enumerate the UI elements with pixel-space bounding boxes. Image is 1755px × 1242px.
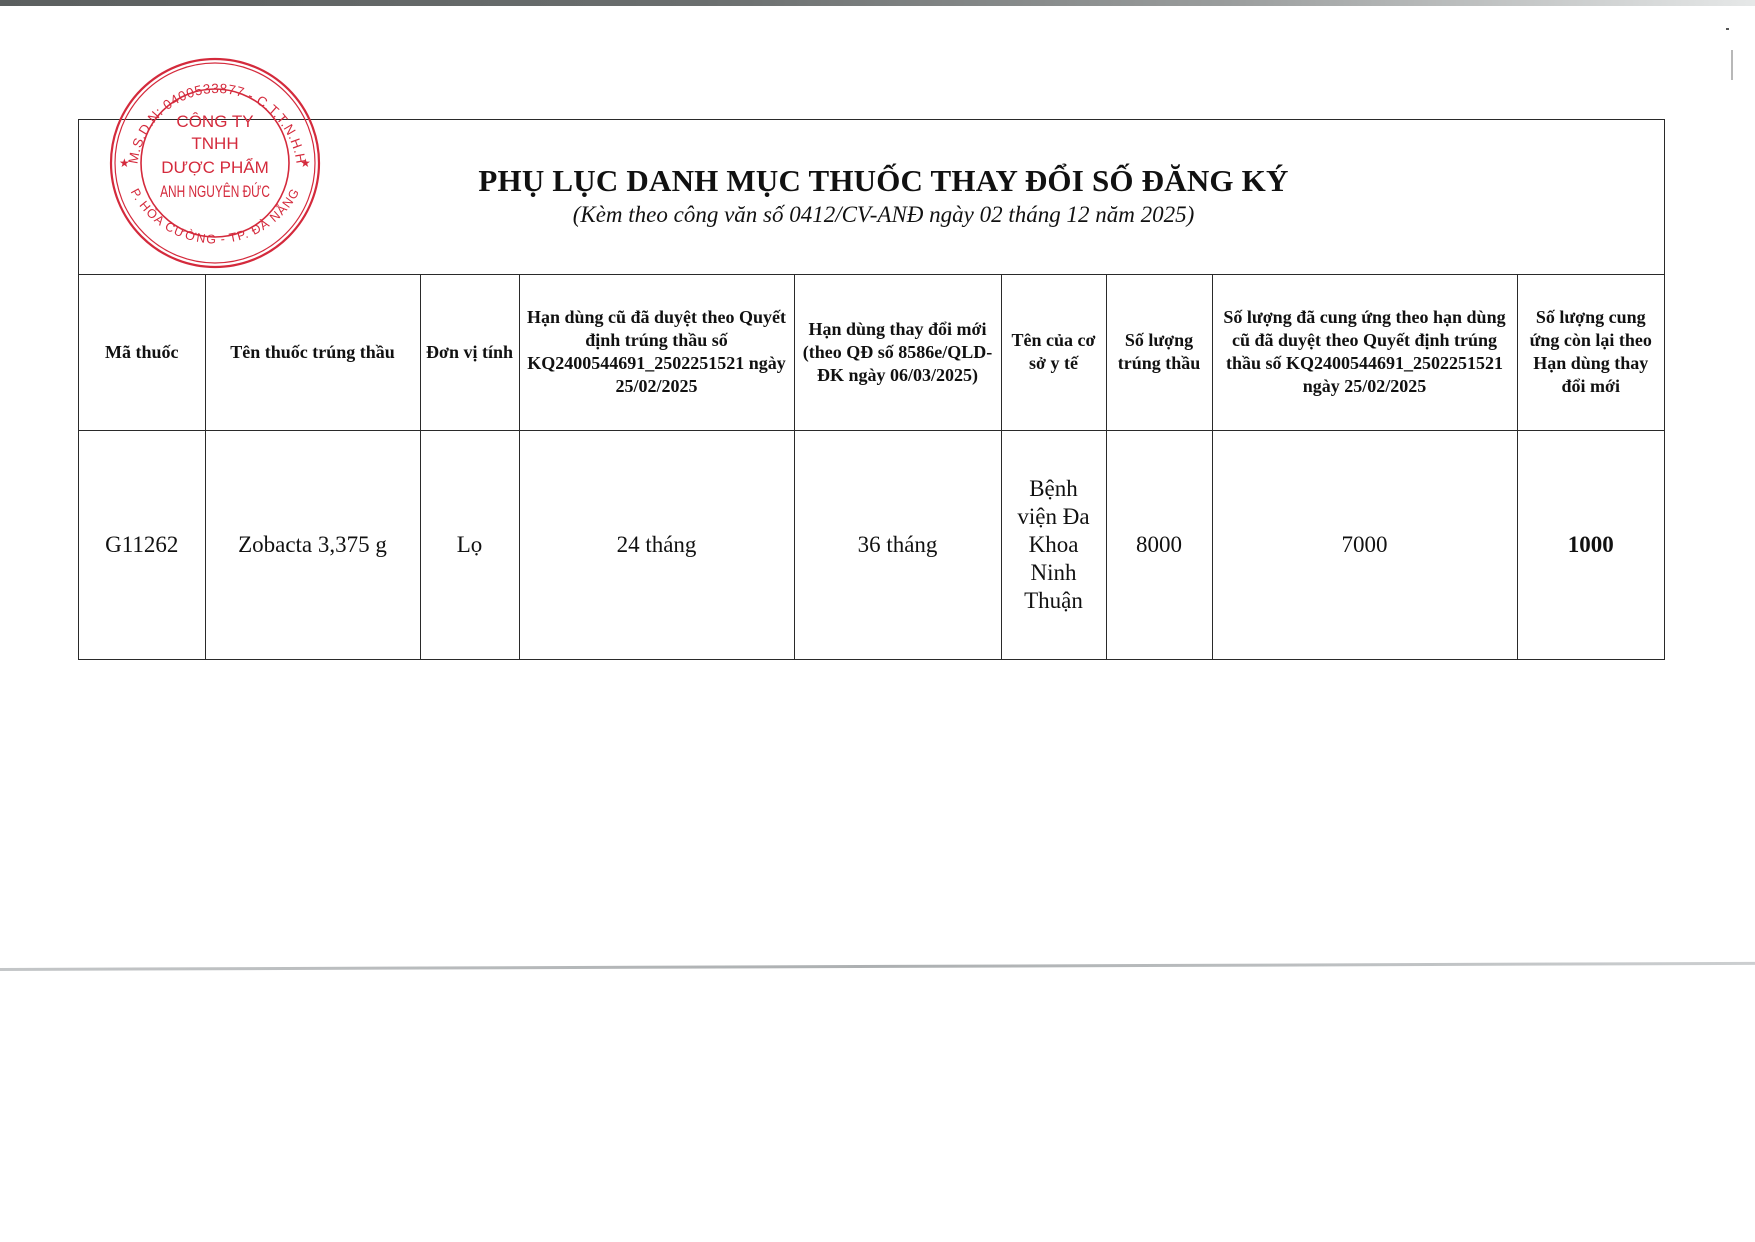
cell-han-dung-moi: 36 tháng <box>794 431 1001 660</box>
cell-so-luong-trung-thau: 8000 <box>1106 431 1212 660</box>
header-ten-thuoc: Tên thuốc trúng thầu <box>205 274 420 431</box>
cell-co-so-y-te: Bệnh viện Đa Khoa Ninh Thuận <box>1001 431 1106 660</box>
stamp-star-right-icon: ★ <box>300 156 311 170</box>
stamp-line-1: CÔNG TY <box>176 112 253 131</box>
cell-han-dung-cu: 24 tháng <box>519 431 794 660</box>
scan-edge <box>0 0 1755 6</box>
drug-table: Mã thuốc Tên thuốc trúng thầu Đơn vị tín… <box>79 274 1664 659</box>
cell-ten-thuoc: Zobacta 3,375 g <box>205 431 420 660</box>
cell-so-luong-con-lai: 1000 <box>1517 431 1664 660</box>
header-han-dung-moi: Hạn dùng thay đổi mới (theo QĐ số 8586e/… <box>794 274 1001 431</box>
header-co-so-y-te: Tên của cơ sở y tế <box>1001 274 1106 431</box>
scan-fold-line <box>0 962 1755 971</box>
scan-speck <box>1731 50 1733 80</box>
stamp-line-4: ANH NGUYÊN ĐỨC <box>160 182 270 202</box>
cell-so-luong-da-cung-ung: 7000 <box>1212 431 1517 660</box>
scan-speck <box>1726 28 1729 30</box>
header-don-vi: Đơn vị tính <box>420 274 519 431</box>
company-stamp: M.S.D.N: 0400533877 - C.T.T.N.H.H P. HÒA… <box>107 55 323 271</box>
stamp-line-2: TNHH <box>191 134 238 153</box>
stamp-line-3: DƯỢC PHẨM <box>161 158 269 177</box>
cell-ma-thuoc: G11262 <box>79 431 205 660</box>
table-header-row: Mã thuốc Tên thuốc trúng thầu Đơn vị tín… <box>79 274 1664 431</box>
header-so-luong-trung-thau: Số lượng trúng thầu <box>1106 274 1212 431</box>
header-so-luong-con-lai: Số lượng cung ứng còn lại theo Hạn dùng … <box>1517 274 1664 431</box>
header-so-luong-da-cung-ung: Số lượng đã cung ứng theo hạn dùng cũ đã… <box>1212 274 1517 431</box>
stamp-star-left-icon: ★ <box>119 156 130 170</box>
table-row: G11262 Zobacta 3,375 g Lọ 24 tháng 36 th… <box>79 431 1664 660</box>
header-ma-thuoc: Mã thuốc <box>79 274 205 431</box>
cell-don-vi: Lọ <box>420 431 519 660</box>
header-han-dung-cu: Hạn dùng cũ đã duyệt theo Quyết định trú… <box>519 274 794 431</box>
